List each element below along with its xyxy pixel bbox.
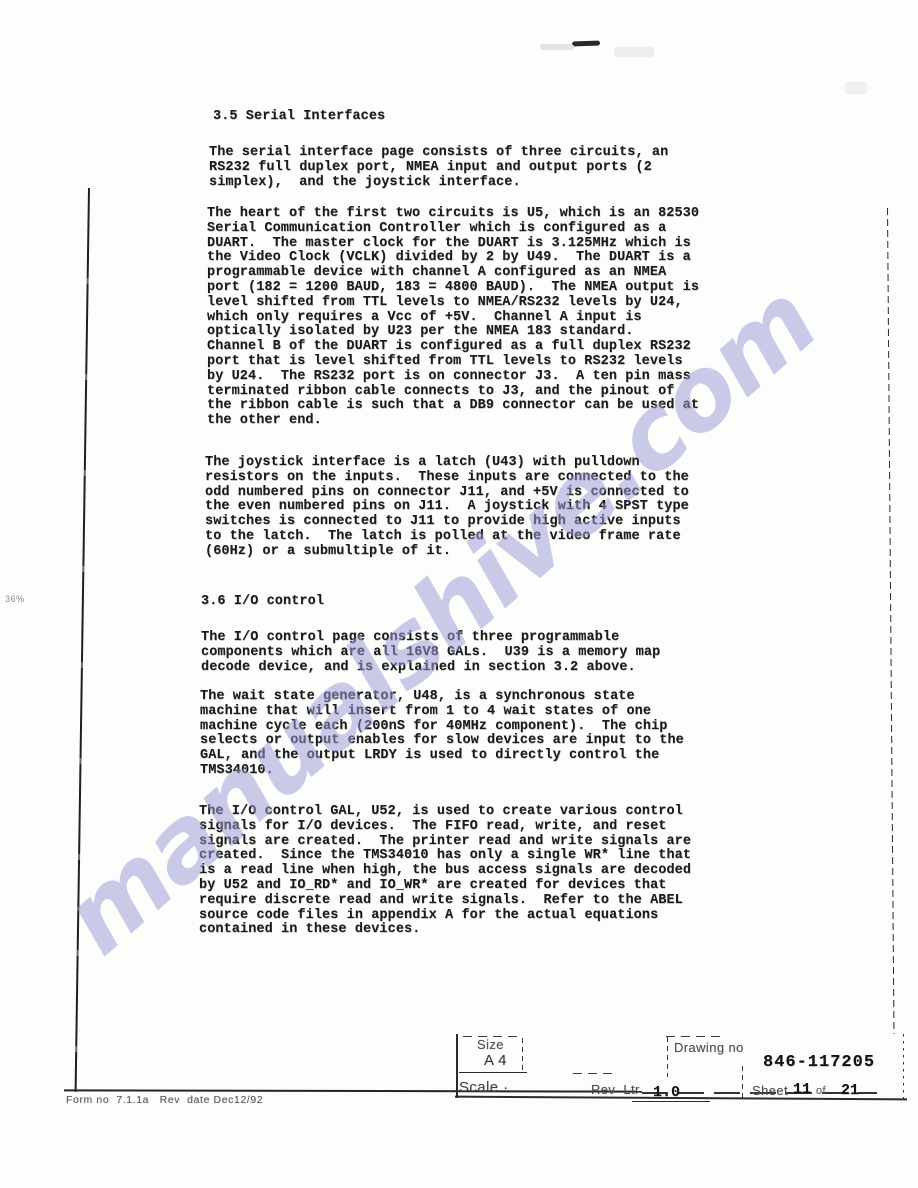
rev-ltr-label: Rev Ltr [591, 1082, 640, 1097]
mid-dash-fragment [573, 1073, 615, 1074]
rev-ltr-value: 1.0 [653, 1084, 680, 1101]
section-heading-io-control: 3.6 I/O control [201, 595, 324, 610]
paragraph: The I/O control GAL, U52, is used to cre… [199, 805, 691, 938]
sheet-value: 11 [793, 1081, 811, 1098]
size-label: Size [477, 1037, 504, 1052]
paragraph: The serial interface page consists of th… [209, 146, 668, 190]
size-value: A 4 [484, 1052, 507, 1069]
form-footer-note: Form no 7.1.1a Rev date Dec12/92 [66, 1094, 263, 1106]
margin-note: 36% [5, 594, 25, 604]
title-block-left-edge [456, 1034, 458, 1098]
section-heading-serial-interfaces: 3.5 Serial Interfaces [213, 110, 385, 125]
title-block-right-edge [903, 1034, 904, 1104]
scale-label: Scale · [459, 1079, 509, 1096]
scan-smudge-faint-2 [614, 47, 654, 57]
page-border-left [75, 188, 90, 1092]
drawing-no-label: Drawing no [674, 1040, 744, 1055]
page-border-right [887, 208, 895, 1034]
scan-smudge-faint-1 [540, 44, 574, 50]
paragraph: The heart of the first two circuits is U… [207, 207, 699, 429]
sheet-label: Sheet [752, 1083, 788, 1098]
size-box-right-border [522, 1038, 523, 1072]
paragraph: The I/O control page consists of three p… [201, 631, 660, 675]
size-box-bottom-border [459, 1072, 527, 1073]
sheet-total-value: 21 [841, 1082, 859, 1099]
rev-value-underline [632, 1101, 710, 1102]
paragraph: The joystick interface is a latch (U43) … [205, 456, 689, 560]
drawing-no-left-border [667, 1037, 668, 1077]
title-block-bottom-border [455, 1096, 907, 1100]
paragraph: The wait state generator, U48, is a sync… [200, 690, 684, 779]
page-border-bottom [64, 1089, 642, 1092]
drawing-no-top-border [666, 1036, 724, 1037]
scan-smudge-dark [572, 41, 600, 47]
drawing-no-value: 846-117205 [763, 1053, 875, 1072]
sheet-of-label: of [816, 1085, 826, 1097]
scan-smudge-faint-3 [845, 82, 867, 94]
